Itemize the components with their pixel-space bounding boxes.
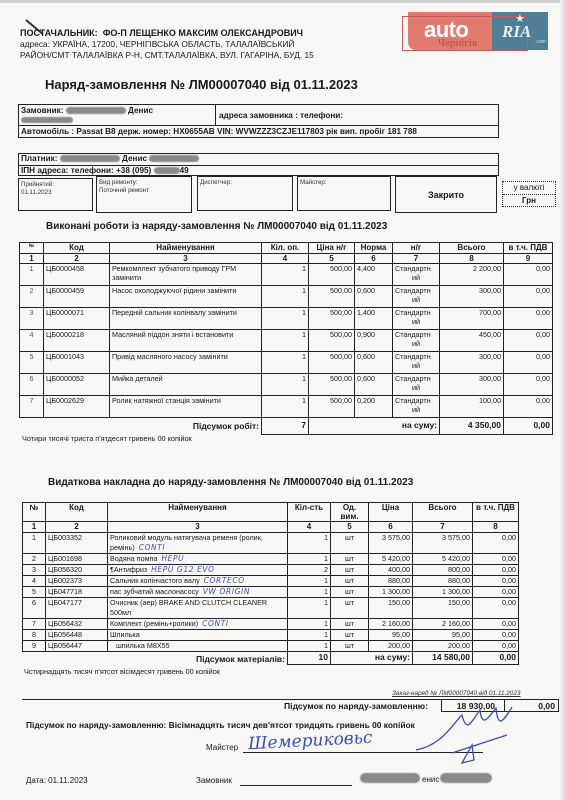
row-unit: шт [331, 565, 369, 576]
supplier-block: ПОСТАЧАЛЬНИК: ФО-П ЛЕЩЕНКО МАКСИМ ОЛЕКСА… [20, 28, 314, 61]
table-row: 3ЦБ056320¶Антифриз HEPU G12 EVO2шт400,00… [23, 565, 519, 576]
currency-box: у валюті Грн [502, 181, 556, 207]
materials-header-5: Ціна [369, 503, 413, 522]
row-total: 2 200,00 [440, 264, 504, 286]
status-badge: Закрито [395, 176, 497, 213]
row-vat: 0,00 [504, 396, 553, 418]
works-header-4: Ціна н/г [309, 243, 355, 254]
row-number: 2 [20, 286, 44, 308]
row-name: Передній сальник колінвалу замінити [110, 308, 262, 330]
customer-name-tail: енис [422, 775, 439, 784]
row-total: 800,00 [413, 565, 473, 576]
row-unit: шт [331, 619, 369, 630]
row-type-text-wrap: ий [395, 339, 437, 348]
repair-type-value: Поточний ремонт [99, 187, 189, 195]
row-unit: шт [331, 576, 369, 587]
materials-header-1: Код [46, 503, 108, 522]
row-unit: шт [331, 598, 369, 619]
materials-header-3: Кіл-сть [288, 503, 331, 522]
row-price: 500,00 [309, 374, 355, 396]
row-type-text: Стандартн [395, 330, 431, 339]
works-sum-in-words: Чотири тисячі триста п'ятдесят гривень 0… [22, 434, 192, 443]
row-total: 450,00 [440, 330, 504, 352]
row-name: Роликовий модуль натягувача ременя (роли… [108, 533, 288, 554]
row-vat: 0,00 [504, 286, 553, 308]
car-info-line: Автомобіль : Passat B8 держ. номер: HX06… [19, 125, 498, 137]
works-sum-total: 4 350,00 [440, 418, 504, 435]
dispatcher-label: Диспетчер: [200, 179, 290, 187]
row-vat: 0,00 [504, 308, 553, 330]
row-norm: 1,400 [355, 308, 393, 330]
row-vat: 0,00 [473, 554, 519, 565]
redacted-patronymic [21, 117, 73, 123]
handwritten-note: CORTECO [204, 576, 245, 585]
row-name: Комплект (ремінь+ролики) CONTI [108, 619, 288, 630]
table-row: 1ЦБ0000458Ремкомплект зубчатого приводу … [20, 264, 553, 286]
row-name: Ремкомплект зубчатого приводу ГРМ заміни… [110, 264, 262, 286]
autoria-watermark-logo: auto ★ RIA .com Чернігів [402, 12, 552, 54]
row-number: 2 [23, 554, 46, 565]
row-total: 150,00 [413, 598, 473, 619]
works-title: Виконані роботи із наряду-замовлення № Л… [46, 221, 387, 232]
works-summary-count: 7 [262, 418, 309, 435]
materials-title: Видаткова накладна до наряду-замовлення … [48, 477, 413, 488]
row-qty: 1 [288, 598, 331, 619]
customer-label: Замовник: [21, 106, 63, 115]
materials-colnum-7: 8 [473, 522, 519, 533]
row-type-text-wrap: ий [395, 295, 437, 304]
table-row: 2ЦБ001698Водяна помпа HEPU1шт5 420,005 4… [23, 554, 519, 565]
supplier-address-1: адреса: УКРАЇНА, 17200, ЧЕРНІГІВСЬКА ОБЛ… [20, 39, 314, 50]
row-number: 5 [20, 352, 44, 374]
row-type-text-wrap: ий [395, 273, 437, 282]
row-code: ЦБ0000218 [44, 330, 110, 352]
table-row: 1ЦБ003352Роликовий модуль натягувача рем… [23, 533, 519, 554]
scan-right-edge [560, 0, 566, 800]
payer-ipn-line: ІПН адреса: телефони: +38 (095) [21, 166, 151, 175]
materials-colnum-0: 1 [23, 522, 46, 533]
row-qty: 1 [262, 286, 309, 308]
materials-colnum-4: 5 [331, 522, 369, 533]
handwritten-note: VW ORIGIN [203, 587, 250, 596]
works-sum-vat: 0,00 [504, 418, 553, 435]
row-name-text: пас зубчатий маслонасосу [110, 587, 199, 596]
row-norm: 0,200 [355, 396, 393, 418]
row-code: ЦБ047177 [46, 598, 108, 619]
row-price: 1 300,00 [369, 587, 413, 598]
row-code: ЦБ056448 [46, 630, 108, 641]
order-reference: Заказ-наряд № ЛМ00007040 від 01.11.2023 [392, 690, 520, 697]
row-name-text: ¶Антифриз [110, 565, 147, 574]
row-name: Насос охолоджуючої рідини замінити [110, 286, 262, 308]
currency-value: Грн [503, 195, 555, 207]
materials-summary-count: 10 [288, 652, 331, 665]
document-title: Наряд-замовлення № ЛМ00007040 від 01.11.… [45, 77, 358, 92]
materials-header-2: Найменування [108, 503, 288, 522]
row-type-text-wrap: ий [395, 383, 437, 392]
works-colnum-8: 9 [504, 254, 553, 264]
table-row: 3ЦБ0000071Передній сальник колінвалу зам… [20, 308, 553, 330]
signature-scribble [412, 705, 522, 765]
row-qty: 1 [288, 641, 331, 652]
row-name: шпилька M8X55 [108, 641, 288, 652]
materials-header-4: Од. вим. [331, 503, 369, 522]
row-name: Мийка деталей [110, 374, 262, 396]
row-code: ЦБ0001043 [44, 352, 110, 374]
repair-type-label: Вид ремонту: [99, 179, 189, 187]
row-vat: 0,00 [473, 598, 519, 619]
table-row: 8ЦБ056448Шпилька1шт95,0095,000,00 [23, 630, 519, 641]
row-vat: 0,00 [504, 374, 553, 396]
row-code: ЦБ056320 [46, 565, 108, 576]
row-name-text: Водяна помпа [110, 554, 157, 563]
handwritten-note: CONTI [139, 543, 166, 552]
table-row: 5ЦБ0001043Привід масляного насосу заміни… [20, 352, 553, 374]
materials-sum-total: 14 580,00 [413, 652, 473, 665]
row-code: ЦБ056432 [46, 619, 108, 630]
works-colnum-2: 3 [110, 254, 262, 264]
stamp-city-text: Чернігів [438, 37, 477, 49]
row-price: 3 575,00 [369, 533, 413, 554]
master-signature: Шемериковьс [248, 728, 373, 754]
row-vat: 0,00 [473, 630, 519, 641]
materials-colnum-5: 6 [369, 522, 413, 533]
row-code: ЦБ002373 [46, 576, 108, 587]
customer-signature-label: Замовник [196, 776, 232, 785]
row-total: 100,00 [440, 396, 504, 418]
table-row: 6ЦБ047177Очисник (аер) BRAKE AND CLUTCH … [23, 598, 519, 619]
row-vat: 0,00 [504, 352, 553, 374]
payer-label: Платник: [21, 154, 57, 163]
materials-summary-label: Підсумок матеріалів: [23, 652, 288, 665]
dispatcher-box: Диспетчер: [197, 176, 293, 211]
customer-first-name: Денис [128, 106, 153, 115]
row-price: 5 420,00 [369, 554, 413, 565]
customer-address-label: адреса замовника : телефони: [219, 111, 343, 120]
row-total: 1 300,00 [413, 587, 473, 598]
works-header-2: Найменування [110, 243, 262, 254]
footer-date: Дата: 01.11.2023 [26, 776, 88, 785]
works-header-1: Код [44, 243, 110, 254]
table-row: 4ЦБ0000218Масляний піддон зняти і встано… [20, 330, 553, 352]
row-number: 7 [23, 619, 46, 630]
customer-signature-line [240, 785, 352, 786]
row-norm: 0,600 [355, 286, 393, 308]
row-vat: 0,00 [473, 533, 519, 554]
row-code: ЦБ003352 [46, 533, 108, 554]
handwritten-note: CONTI [202, 619, 229, 628]
row-qty: 1 [262, 352, 309, 374]
row-qty: 1 [262, 264, 309, 286]
table-row: 6ЦБ0000052Мийка деталей1500,000,600Станд… [20, 374, 553, 396]
materials-colnum-3: 4 [288, 522, 331, 533]
table-row: 4ЦБ002373Сальник колінчастого валу CORTE… [23, 576, 519, 587]
handwritten-note: HEPU [161, 554, 184, 563]
materials-header-7: в т.ч. ПДВ [473, 503, 519, 522]
row-vat: 0,00 [473, 619, 519, 630]
row-norm: 0,900 [355, 330, 393, 352]
row-price: 880,00 [369, 576, 413, 587]
row-code: ЦБ0000071 [44, 308, 110, 330]
materials-summary-row: Підсумок матеріалів: 10 на суму: 14 580,… [23, 652, 519, 665]
row-total: 95,00 [413, 630, 473, 641]
row-name: Ролик натяжної станція замінити [110, 396, 262, 418]
row-type-text: Стандартн [395, 286, 431, 295]
row-vat: 0,00 [473, 641, 519, 652]
works-colnum-0: 1 [20, 254, 44, 264]
materials-header-6: Всього [413, 503, 473, 522]
row-type: Стандартний [393, 374, 440, 396]
works-table: №КодНайменуванняКіл. оп.Ціна н/гНорман/г… [19, 242, 553, 435]
row-type: Стандартний [393, 352, 440, 374]
row-total: 300,00 [440, 352, 504, 374]
row-code: ЦБ047718 [46, 587, 108, 598]
row-price: 400,00 [369, 565, 413, 576]
row-total: 2 160,00 [413, 619, 473, 630]
materials-sum-vat: 0,00 [473, 652, 519, 665]
accepted-box: Прийнятий: 01.11.2023 [18, 178, 93, 211]
supplier-address-2: РАЙОН/СМТ ТАЛАЛАЇВКА Р-Н, СМТ.ТАЛАЛАЇВКА… [20, 50, 314, 61]
works-colnum-5: 6 [355, 254, 393, 264]
row-number: 1 [23, 533, 46, 554]
row-total: 200,00 [413, 641, 473, 652]
table-row: 7ЦБ056432Комплект (ремінь+ролики) CONTI1… [23, 619, 519, 630]
materials-colnum-6: 7 [413, 522, 473, 533]
row-type: Стандартний [393, 396, 440, 418]
row-norm: 4,400 [355, 264, 393, 286]
redacted-customer-surname [440, 773, 492, 783]
row-name-text: Комплект (ремінь+ролики) [110, 619, 198, 628]
works-colnum-6: 7 [393, 254, 440, 264]
works-summary-label: Підсумок робіт: [20, 418, 262, 435]
row-qty: 1 [288, 587, 331, 598]
accepted-label: Прийнятий: [21, 181, 90, 189]
master-signature-label: Майстер [206, 743, 238, 752]
row-vat: 0,00 [504, 330, 553, 352]
row-number: 1 [20, 264, 44, 286]
row-price: 200,00 [369, 641, 413, 652]
works-header-3: Кіл. оп. [262, 243, 309, 254]
works-colnum-7: 8 [440, 254, 504, 264]
redacted-customer-name [360, 773, 420, 783]
customer-box: Замовник: Денис адреса замовника : телеф… [18, 104, 499, 138]
row-norm: 0,600 [355, 352, 393, 374]
currency-label: у валюті [503, 182, 555, 195]
redacted-surname [66, 107, 126, 114]
works-summary-row: Підсумок робіт: 7 на суму: 4 350,00 0,00 [20, 418, 553, 435]
row-unit: шт [331, 641, 369, 652]
row-number: 5 [23, 587, 46, 598]
row-name-text: Роликовий модуль натягувача ременя (роли… [110, 533, 265, 552]
row-type-text-wrap: ий [395, 317, 437, 326]
redacted-payer-patronymic [149, 155, 199, 162]
master-box: Майстер: [297, 176, 391, 211]
row-type-text: Стандартн [395, 374, 431, 383]
row-total: 300,00 [440, 286, 504, 308]
row-type-text-wrap: ий [395, 405, 437, 414]
table-row: 7ЦБ0002629Ролик натяжної станція замінит… [20, 396, 553, 418]
redacted-phone [154, 167, 180, 174]
supplier-label: ПОСТАЧАЛЬНИК: [20, 28, 98, 38]
row-name: ¶Антифриз HEPU G12 EVO [108, 565, 288, 576]
row-type: Стандартний [393, 308, 440, 330]
row-vat: 0,00 [473, 587, 519, 598]
row-code: ЦБ0002629 [44, 396, 110, 418]
works-sum-label: на суму: [309, 418, 440, 435]
row-number: 3 [23, 565, 46, 576]
works-colnum-1: 2 [44, 254, 110, 264]
row-unit: шт [331, 587, 369, 598]
row-vat: 0,00 [473, 565, 519, 576]
row-name: Шпилька [108, 630, 288, 641]
row-name: пас зубчатий маслонасосу VW ORIGIN [108, 587, 288, 598]
payer-first-name: Денис [122, 154, 147, 163]
row-qty: 1 [288, 619, 331, 630]
logo-com-text: .com [535, 39, 546, 45]
row-type-text: Стандартн [395, 308, 431, 317]
row-total: 880,00 [413, 576, 473, 587]
row-price: 500,00 [309, 352, 355, 374]
row-unit: шт [331, 554, 369, 565]
customer-name-cell: Замовник: Денис [19, 105, 216, 125]
table-row: 5ЦБ047718пас зубчатий маслонасосу VW ORI… [23, 587, 519, 598]
row-name-text: Сальник колінчастого валу [110, 576, 200, 585]
row-price: 500,00 [309, 330, 355, 352]
row-code: ЦБ0000459 [44, 286, 110, 308]
works-header-7: Всього [440, 243, 504, 254]
row-name-text: Очисник (аер) BRAKE AND CLUTCH CLEANER 5… [110, 598, 269, 617]
works-header-5: Норма [355, 243, 393, 254]
row-type: Стандартний [393, 286, 440, 308]
row-price: 500,00 [309, 264, 355, 286]
row-total: 5 420,00 [413, 554, 473, 565]
materials-sum-in-words: Чстирнадцять тисяч п'ятсот вісімдесят гр… [24, 667, 220, 676]
works-header-6: н/г [393, 243, 440, 254]
row-name: Масляний піддон зняти і встановити [110, 330, 262, 352]
row-type-text: Стандартн [395, 264, 431, 273]
row-qty: 1 [288, 554, 331, 565]
row-name-text: Шпилька [110, 630, 140, 639]
materials-colnum-1: 2 [46, 522, 108, 533]
works-colnum-4: 5 [309, 254, 355, 264]
row-number: 4 [20, 330, 44, 352]
row-qty: 1 [262, 374, 309, 396]
row-number: 6 [23, 598, 46, 619]
row-qty: 2 [288, 565, 331, 576]
row-unit: шт [331, 630, 369, 641]
row-total: 3 575,00 [413, 533, 473, 554]
row-vat: 0,00 [504, 264, 553, 286]
handwritten-note: HEPU G12 EVO [151, 565, 215, 574]
materials-sum-label: на суму: [331, 652, 413, 665]
row-name: Привід масляного насосу замінити [110, 352, 262, 374]
materials-header-0: № [23, 503, 46, 522]
accepted-value: 01.11.2023 [21, 189, 90, 197]
logo-ria-text: RIA [502, 22, 531, 42]
row-name: Сальник колінчастого валу CORTECO [108, 576, 288, 587]
row-name: Очисник (аер) BRAKE AND CLUTCH CLEANER 5… [108, 598, 288, 619]
row-qty: 1 [262, 308, 309, 330]
row-price: 95,00 [369, 630, 413, 641]
row-type: Стандартний [393, 330, 440, 352]
row-qty: 1 [262, 396, 309, 418]
row-vat: 0,00 [473, 576, 519, 587]
row-type-text: Стандартн [395, 352, 431, 361]
row-code: ЦБ0000458 [44, 264, 110, 286]
phone-tail: 49 [180, 166, 189, 175]
row-qty: 1 [262, 330, 309, 352]
row-qty: 1 [288, 576, 331, 587]
row-number: 9 [23, 641, 46, 652]
grand-total-label: Підсумок по наряду-замовленню: [284, 701, 428, 711]
materials-colnum-2: 3 [108, 522, 288, 533]
scan-top-edge [0, 0, 566, 3]
redacted-payer-surname [60, 155, 120, 162]
row-unit: шт [331, 533, 369, 554]
row-qty: 1 [288, 533, 331, 554]
table-row: 2ЦБ0000459Насос охолоджуючої рідини замі… [20, 286, 553, 308]
row-price: 500,00 [309, 308, 355, 330]
row-number: 7 [20, 396, 44, 418]
supplier-name: ФО-П ЛЕЩЕНКО МАКСИМ ОЛЕКСАНДРОВИЧ [103, 28, 303, 38]
table-row: 9ЦБ056447 шпилька M8X551шт200,00200,000,… [23, 641, 519, 652]
row-code: ЦБ056447 [46, 641, 108, 652]
row-name-text: шпилька M8X55 [110, 641, 170, 650]
materials-table: №КодНайменуванняКіл-стьОд. вим.ЦінаВсьог… [22, 502, 519, 665]
row-type-text-wrap: ий [395, 361, 437, 370]
row-number: 3 [20, 308, 44, 330]
works-header-8: в т.ч. ПДВ [504, 243, 553, 254]
row-price: 2 160,00 [369, 619, 413, 630]
row-price: 500,00 [309, 396, 355, 418]
works-header-0: № [20, 243, 44, 254]
works-colnum-3: 4 [262, 254, 309, 264]
master-label: Майстер: [300, 179, 388, 187]
row-qty: 1 [288, 630, 331, 641]
row-name: Водяна помпа HEPU [108, 554, 288, 565]
row-number: 8 [23, 630, 46, 641]
row-price: 150,00 [369, 598, 413, 619]
row-total: 300,00 [440, 374, 504, 396]
row-code: ЦБ001698 [46, 554, 108, 565]
payer-box: Платник: Денис ІПН адреса: телефони: +38… [18, 153, 499, 176]
row-type: Стандартний [393, 264, 440, 286]
row-price: 500,00 [309, 286, 355, 308]
row-norm: 0,600 [355, 374, 393, 396]
row-number: 4 [23, 576, 46, 587]
row-type-text: Стандартн [395, 396, 431, 405]
grand-vat-value: 0,00 [538, 701, 555, 711]
repair-type-box: Вид ремонту: Поточний ремонт [96, 176, 192, 213]
row-total: 700,00 [440, 308, 504, 330]
row-number: 6 [20, 374, 44, 396]
row-code: ЦБ0000052 [44, 374, 110, 396]
